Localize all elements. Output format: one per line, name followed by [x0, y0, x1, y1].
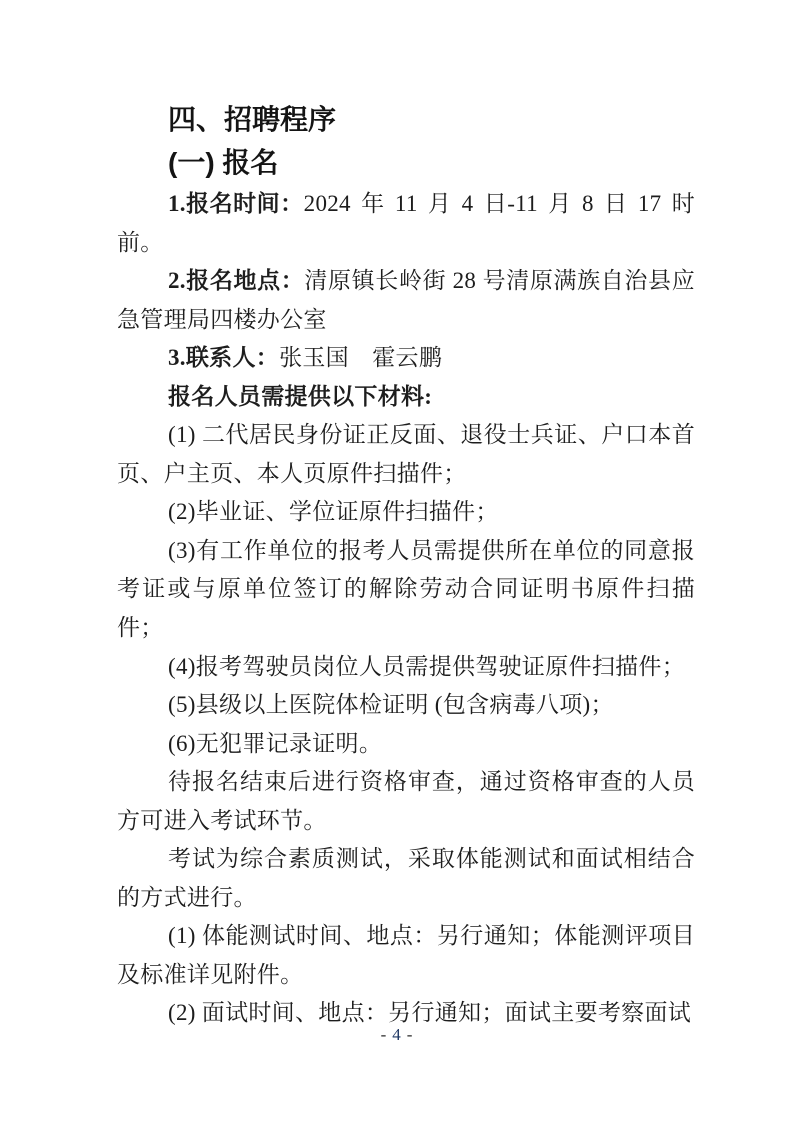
- paragraph-text: (1) 体能测试时间、地点：另行通知；体能测评项目及标准详见附件。: [117, 923, 695, 987]
- paragraph: (3)有工作单位的报考人员需提供所在单位的同意报考证或与原单位签订的解除劳动合同…: [117, 532, 695, 648]
- paragraph-label: 3.联系人：: [168, 345, 279, 370]
- paragraph: 3.联系人：张玉国 霍云鹏: [117, 339, 695, 378]
- document-body: 四、招聘程序 (一) 报名 1.报名时间：2024 年 11 月 4 日-11 …: [117, 99, 695, 1033]
- paragraph-text: (2) 面试时间、地点：另行通知；面试主要考察面试: [168, 1000, 691, 1025]
- paragraph: 1.报名时间：2024 年 11 月 4 日-11 月 8 日 17 时前。: [117, 185, 695, 262]
- paragraph-text: 张玉国 霍云鹏: [279, 345, 442, 370]
- paragraph: (2)毕业证、学位证原件扫描件；: [117, 493, 695, 532]
- paragraph-text: 考试为综合素质测试，采取体能测试和面试相结合的方式进行。: [117, 846, 695, 910]
- paragraph: (1) 二代居民身份证正反面、退役士兵证、户口本首页、户主页、本人页原件扫描件；: [117, 416, 695, 493]
- page: 四、招聘程序 (一) 报名 1.报名时间：2024 年 11 月 4 日-11 …: [0, 0, 793, 1122]
- page-number: 4: [389, 1025, 404, 1044]
- paragraph: 待报名结束后进行资格审查，通过资格审查的人员方可进入考试环节。: [117, 763, 695, 840]
- paragraph: 考试为综合素质测试，采取体能测试和面试相结合的方式进行。: [117, 840, 695, 917]
- paragraph-text: (6)无犯罪记录证明。: [168, 731, 382, 756]
- page-number-prefix: -: [378, 1025, 390, 1044]
- paragraph: (1) 体能测试时间、地点：另行通知；体能测评项目及标准详见附件。: [117, 917, 695, 994]
- paragraph: (4)报考驾驶员岗位人员需提供驾驶证原件扫描件；: [117, 648, 695, 687]
- paragraph-label: 报名人员需提供以下材料:: [168, 384, 432, 409]
- paragraph-label: 1.报名时间：: [168, 191, 304, 216]
- page-footer: -4-: [0, 1024, 793, 1046]
- paragraph-text: (5)县级以上医院体检证明 (包含病毒八项)；: [168, 692, 614, 717]
- paragraph-text: 待报名结束后进行资格审查，通过资格审查的人员方可进入考试环节。: [117, 769, 695, 833]
- paragraph-text: (3)有工作单位的报考人员需提供所在单位的同意报考证或与原单位签订的解除劳动合同…: [117, 538, 695, 640]
- paragraph-text: (1) 二代居民身份证正反面、退役士兵证、户口本首页、户主页、本人页原件扫描件；: [117, 422, 695, 486]
- paragraph-label: 2.报名地点：: [168, 268, 304, 293]
- paragraph: (5)县级以上医院体检证明 (包含病毒八项)；: [117, 686, 695, 725]
- paragraph: 报名人员需提供以下材料:: [117, 378, 695, 417]
- page-number-suffix: -: [404, 1025, 416, 1044]
- paragraph: (6)无犯罪记录证明。: [117, 725, 695, 764]
- paragraph-text: (2)毕业证、学位证原件扫描件；: [168, 499, 499, 524]
- subsection-heading: (一) 报名: [117, 141, 695, 185]
- paragraph-text: (4)报考驾驶员岗位人员需提供驾驶证原件扫描件；: [168, 654, 685, 679]
- paragraph: 2.报名地点：清原镇长岭街 28 号清原满族自治县应急管理局四楼办公室: [117, 262, 695, 339]
- section-heading: 四、招聘程序: [117, 99, 695, 141]
